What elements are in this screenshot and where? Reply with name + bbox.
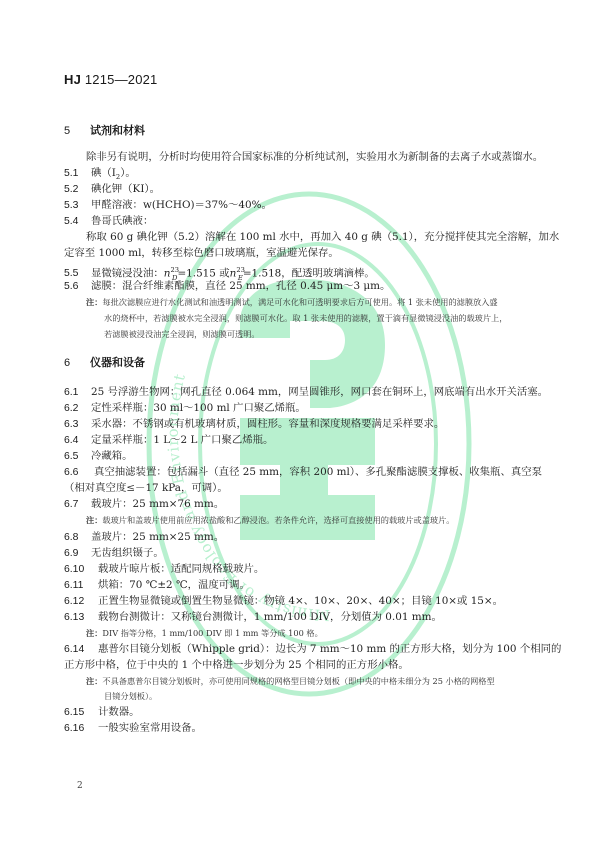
item-6-13: 6.13载物台测微计：又称镜台测微计，1 mm/100 DIV，分划值为 0.0… xyxy=(64,610,442,625)
note-5-6-line3: 若滤膜被浸没油完全浸润，则滤膜可透明。 xyxy=(104,328,260,340)
item-5-3: 5.3甲醛溶液：w(HCHO)＝37%～40%。 xyxy=(64,198,272,213)
section-5-heading: 5试剂和材料 xyxy=(64,122,145,138)
item-6-12: 6.12正置生物显微镜或倒置生物显微镜：物镜 4×、10×、20×、40×；目镜… xyxy=(64,594,503,609)
section-6-heading: 6仪器和设备 xyxy=(64,354,145,370)
item-5-4-body-line1: 称取 60 g 碘化钾（5.2）溶解在 100 ml 水中，再加入 40 g 碘… xyxy=(86,230,559,244)
item-6-8: 6.8盖玻片：25 mm×25 mm。 xyxy=(64,530,224,545)
note-5-6-line1: 注：每批次滤膜应进行水化测试和油透明测试，满足可水化和可透明要求后方可使用。将 … xyxy=(86,296,498,308)
item-6-3: 6.3采水器：不锈钢或有机玻璃材质，圆柱形。容量和深度规格要满足采样要求。 xyxy=(64,417,444,432)
note-6-14-line1: 注：不具备惠普尔目镜分划板时，亦可使用同规格的网格型目镜分划板（即中央的中格未细… xyxy=(86,675,495,687)
item-6-1: 6.125 号浮游生物网：网孔直径 0.064 mm，网呈圆锥形，网口套在铜环上… xyxy=(64,385,548,400)
item-5-4: 5.4鲁哥氏碘液： xyxy=(64,214,153,229)
note-6-13: 注：DIV 指等分格，1 mm/100 DIV 即 1 mm 等分成 100 格… xyxy=(86,627,323,639)
standard-code: HJ 1215—2021 xyxy=(64,72,157,87)
item-6-4: 6.4定量采样瓶：1 L～2 L 广口聚乙烯瓶。 xyxy=(64,433,273,448)
item-6-9: 6.9无齿组织镊子。 xyxy=(64,546,164,561)
item-5-6: 5.6滤膜：混合纤维素酯膜，直径 25 mm，孔径 0.45 μm～3 μm。 xyxy=(64,279,390,294)
item-6-5: 6.5冷藏箱。 xyxy=(64,449,133,464)
section-5-intro: 除非另有说明，分析时均使用符合国家标准的分析纯试剂，实验用水为新制备的去离子水或… xyxy=(86,150,543,164)
page-number: 2 xyxy=(77,781,83,791)
item-6-6-cont: （相对真空度≤－17 kPa，可调）。 xyxy=(64,481,228,495)
section-5-title: 试剂和材料 xyxy=(90,125,145,137)
note-5-6-line2: 水的烧杯中，若滤膜被水完全浸润，则滤膜可水化。取 1 张未使用的滤膜，置于滴有显… xyxy=(104,312,507,324)
item-5-4-body-line2: 定容至 1000 ml，转移至棕色磨口玻璃瓶，室温避光保存。 xyxy=(64,246,339,260)
item-6-15: 6.15计数器。 xyxy=(64,705,140,720)
standard-prefix: HJ xyxy=(64,72,81,87)
item-6-14: 6.14惠普尔目镜分划板（Whipple grid）：边长为 7 mm～10 m… xyxy=(64,642,561,657)
standard-number: 1215—2021 xyxy=(85,72,158,87)
note-6-7: 注：载玻片和盖玻片使用前应用浓盐酸和乙醇浸泡。若条件允许，选择可直接使用的载玻片… xyxy=(86,514,454,526)
item-6-16: 6.16一般实验室常用设备。 xyxy=(64,721,202,736)
item-5-2: 5.2碘化钾（KI）。 xyxy=(64,182,160,197)
note-6-14-line2: 目镜分划板）。 xyxy=(104,690,157,702)
item-6-10: 6.10载玻片晾片板：适配同规格载玻片。 xyxy=(64,562,264,577)
document-page: Ministry of Ecology and Environment HJ 1… xyxy=(0,0,600,848)
item-6-11: 6.11烘箱：70 ℃±2 ℃，温度可调。 xyxy=(64,578,250,593)
item-6-2: 6.2定性采样瓶：30 ml～100 ml 广口聚乙烯瓶。 xyxy=(64,401,306,416)
item-6-14-cont: 正方形中格，位于中央的 1 个中格进一步划分为 25 个相同的正方形小格。 xyxy=(64,658,409,672)
item-6-6: 6.6真空抽滤装置：包括漏斗（直径 25 mm，容积 200 ml）、多孔聚酯滤… xyxy=(64,465,542,480)
section-6-title: 仪器和设备 xyxy=(90,357,145,369)
item-6-7: 6.7载玻片：25 mm×76 mm。 xyxy=(64,497,224,512)
